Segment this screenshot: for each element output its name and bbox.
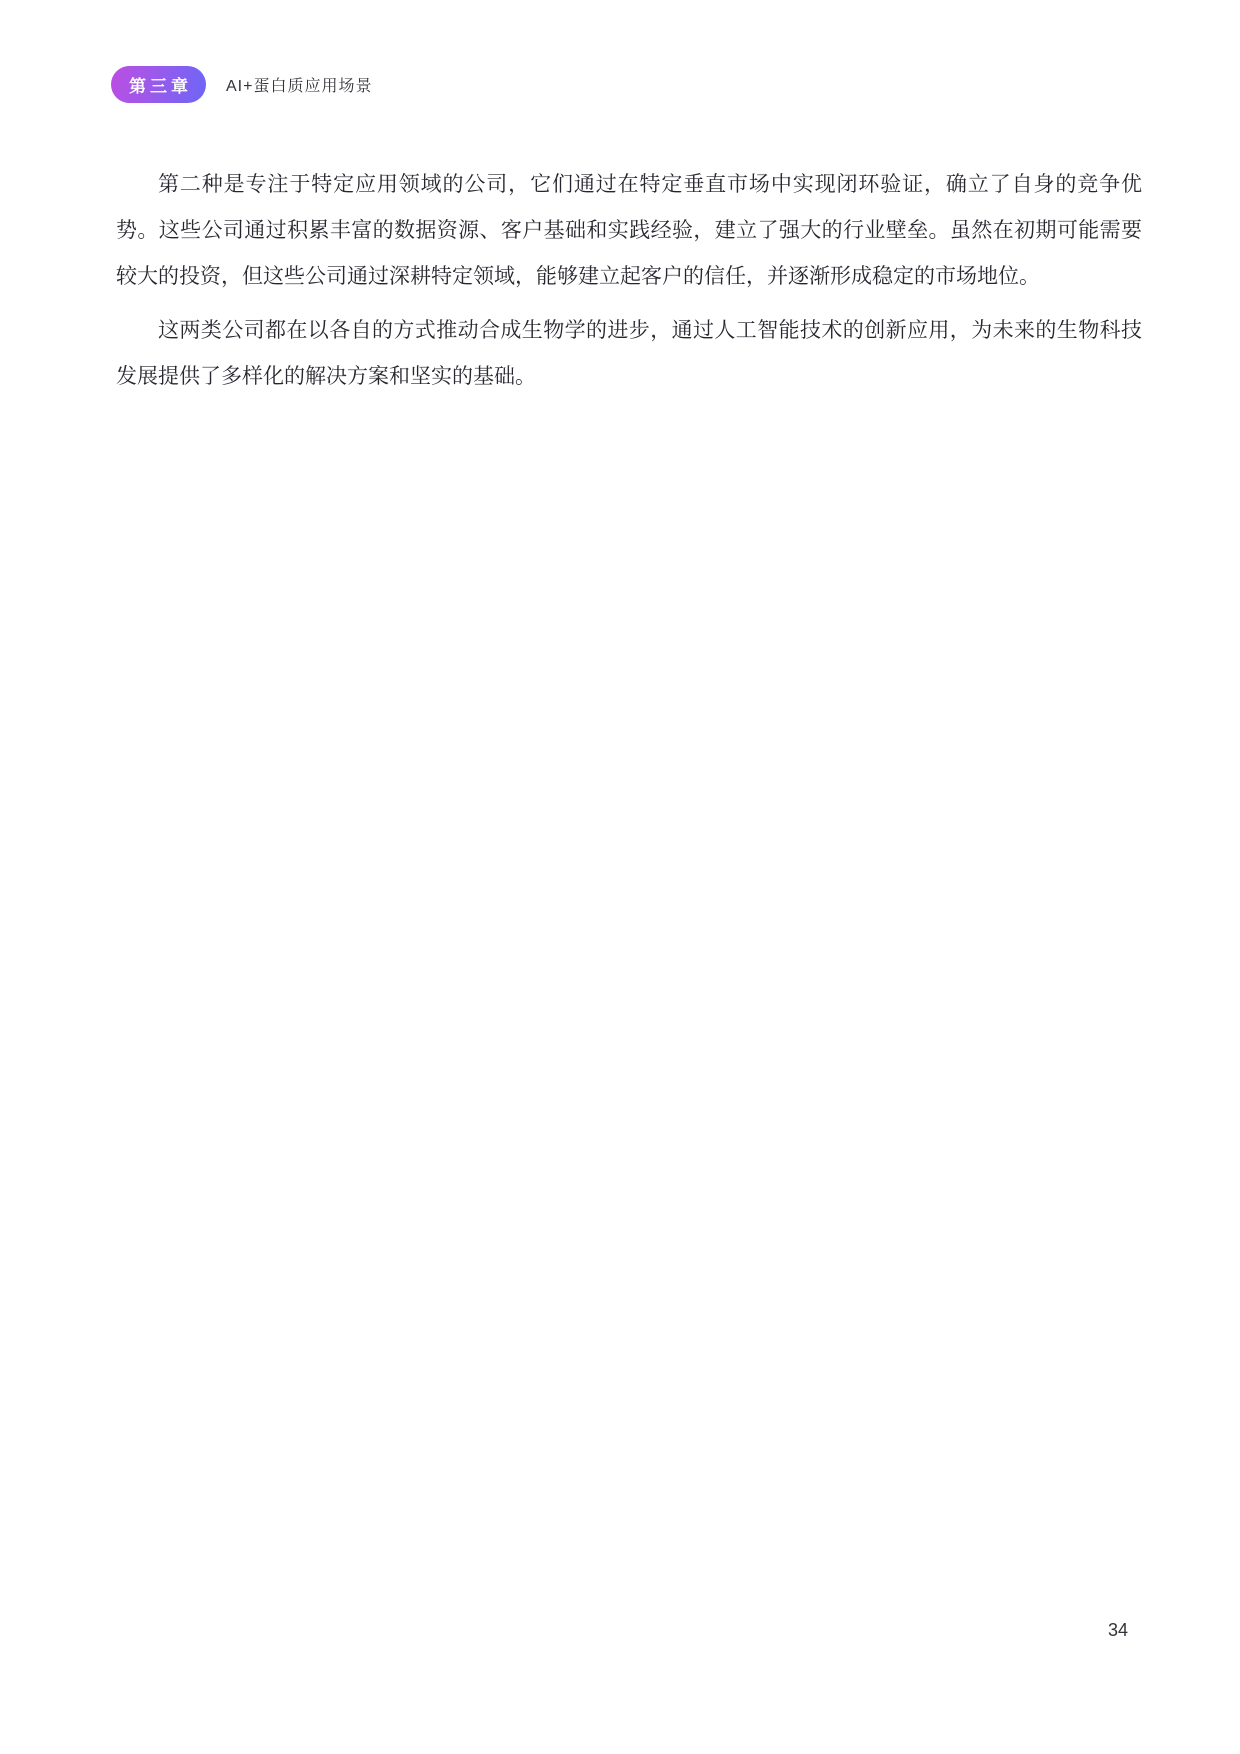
- section-title: AI+蛋白质应用场景: [226, 73, 372, 96]
- body-text: 第二种是专注于特定应用领域的公司，它们通过在特定垂直市场中实现闭环验证，确立了自…: [116, 162, 1142, 400]
- paragraph: 这两类公司都在以各自的方式推动合成生物学的进步，通过人工智能技术的创新应用，为未…: [116, 308, 1142, 400]
- chapter-badge: 第三章: [111, 66, 206, 103]
- paragraph: 第二种是专注于特定应用领域的公司，它们通过在特定垂直市场中实现闭环验证，确立了自…: [116, 162, 1142, 300]
- page-number: 34: [1108, 1620, 1128, 1641]
- page-header: 第三章 AI+蛋白质应用场景: [111, 66, 372, 103]
- document-page: 第三章 AI+蛋白质应用场景 第二种是专注于特定应用领域的公司，它们通过在特定垂…: [0, 0, 1240, 1754]
